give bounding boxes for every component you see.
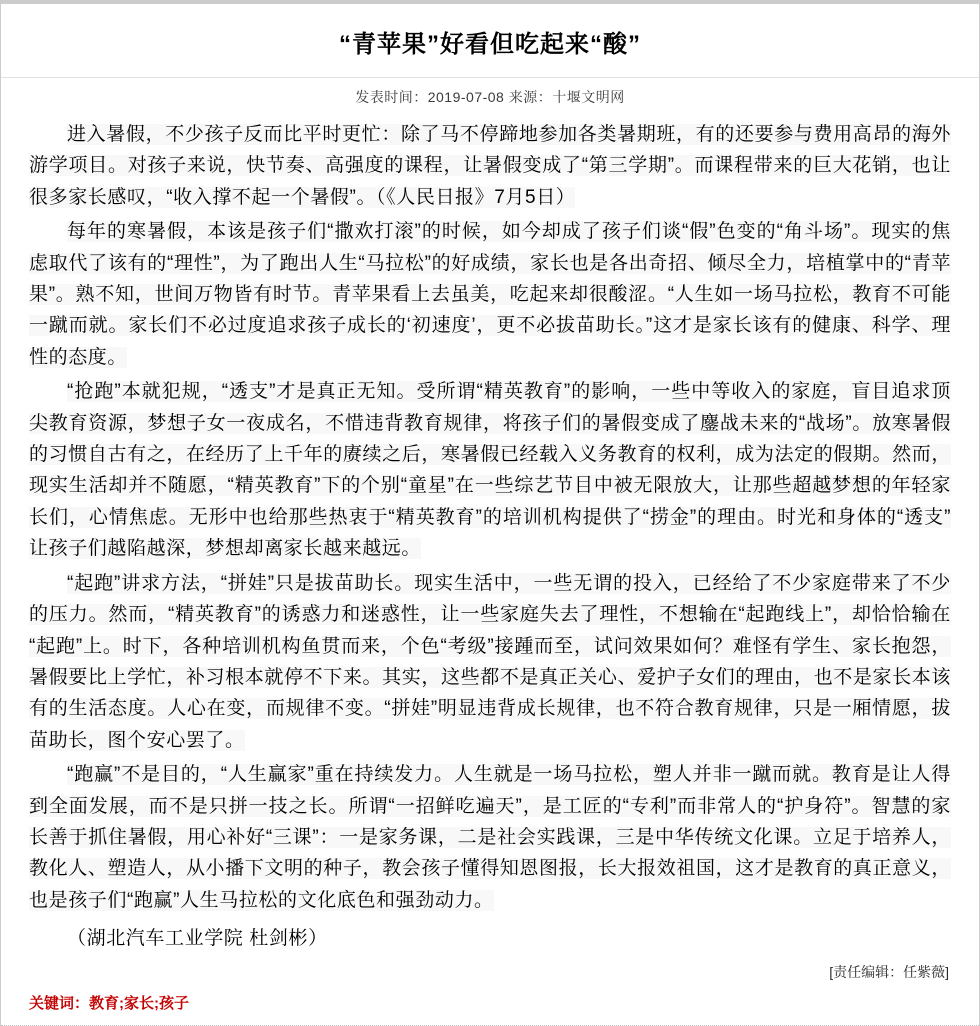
- author-line: （湖北汽车工业学院 杜剑彬）: [29, 923, 951, 954]
- article-body: 进入暑假，不少孩子反而比平时更忙：除了马不停蹄地参加各类暑期班，有的还要参与费用…: [1, 115, 979, 919]
- author-block: （湖北汽车工业学院 杜剑彬）: [1, 919, 979, 954]
- article-paragraph: “抢跑”本就犯规，“透支”才是真正无知。受所谓“精英教育”的影响，一些中等收入的…: [29, 376, 951, 564]
- article-page: “青苹果”好看但吃起来“酸” 发表时间：2019-07-08 来源：十堰文明网 …: [0, 0, 980, 1026]
- article-paragraph: “起跑”讲求方法，“拼娃”只是拔苗助长。现实生活中，一些无谓的投入，已经给了不少…: [29, 568, 951, 756]
- article-paragraph: “跑赢”不是目的，“人生赢家”重在持续发力。人生就是一场马拉松，塑人并非一蹴而就…: [29, 759, 951, 916]
- keywords-label: 关键词：: [29, 995, 89, 1012]
- publish-meta: 发表时间：2019-07-08 来源：十堰文明网: [1, 78, 979, 115]
- article-paragraph: 进入暑假，不少孩子反而比平时更忙：除了马不停蹄地参加各类暑期班，有的还要参与费用…: [29, 119, 951, 213]
- responsible-editor: [责任编辑：任紫薇]: [1, 955, 979, 982]
- page-title: “青苹果”好看但吃起来“酸”: [1, 30, 979, 60]
- keywords-value[interactable]: 教育;家长;孩子: [89, 995, 189, 1012]
- article-paragraph: 每年的寒暑假，本该是孩子们“撒欢打滚”的时候，如今却成了孩子们谈“假”色变的“角…: [29, 216, 951, 373]
- keywords-row: 关键词：教育;家长;孩子: [1, 982, 979, 1026]
